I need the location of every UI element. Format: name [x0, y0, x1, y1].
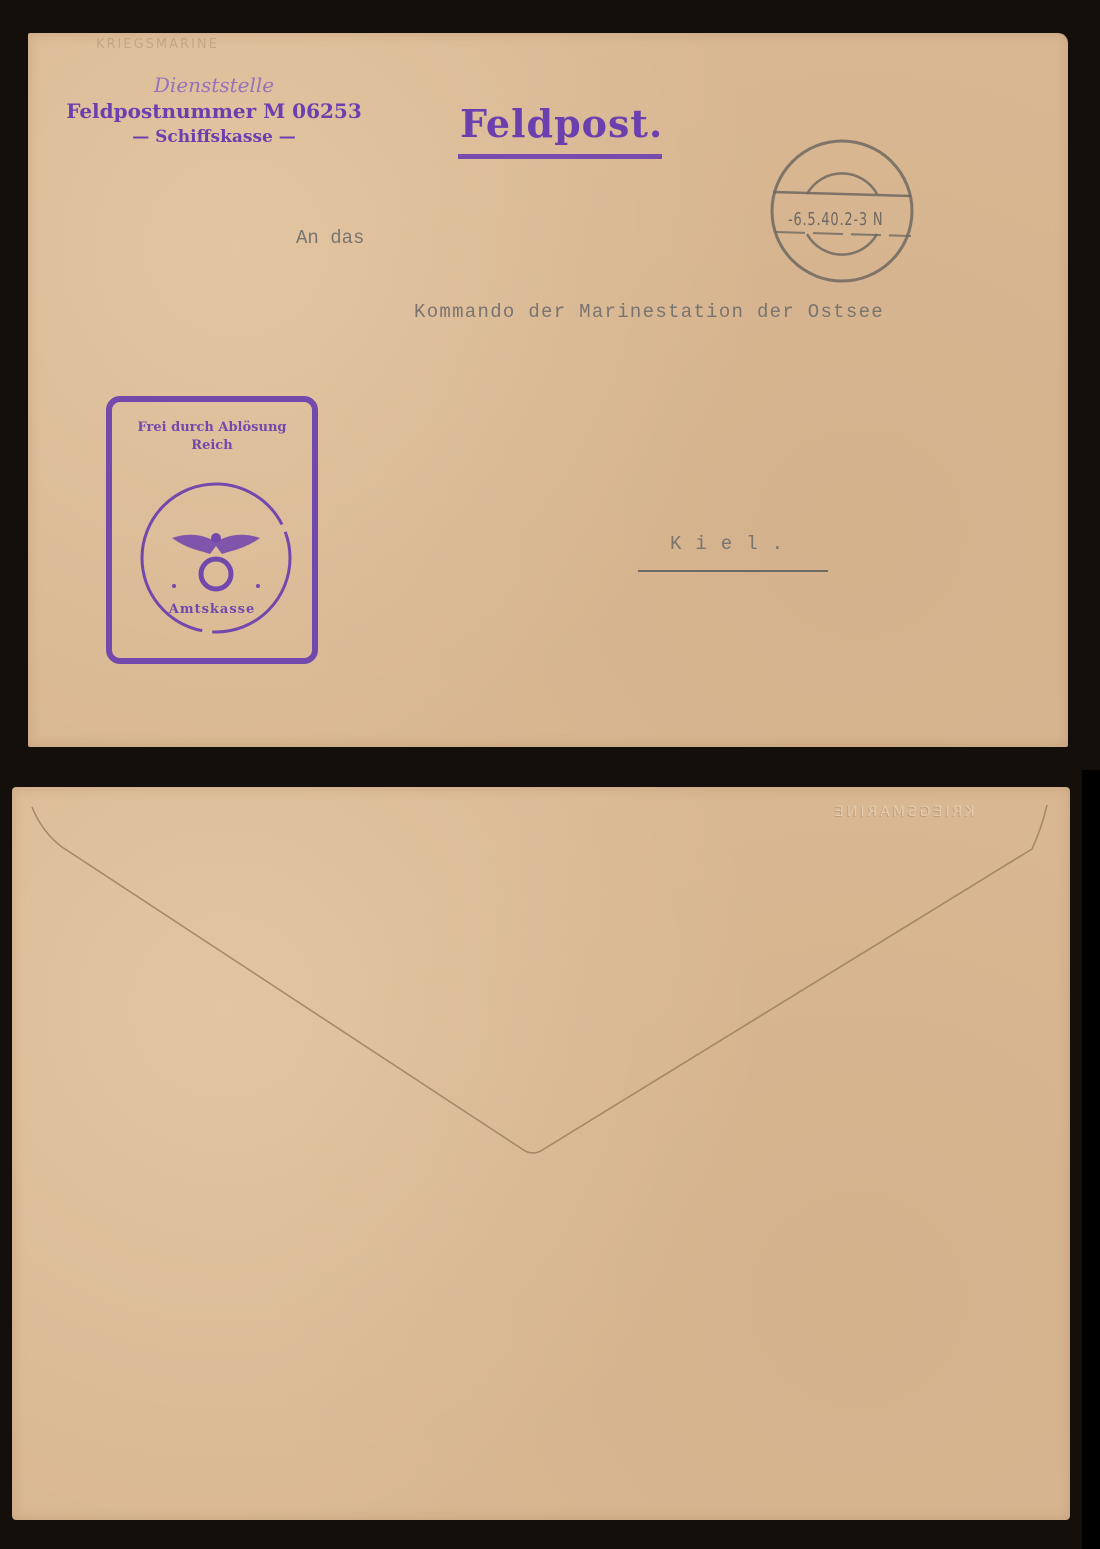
- address-city: Kiel.: [670, 533, 797, 555]
- city-underline: [638, 570, 828, 572]
- feldpost-stamp: Feldpost.: [460, 101, 663, 146]
- address-recipient: Kommando der Marinestation der Ostsee: [414, 301, 884, 323]
- sender-stamp-line3: — Schiffskasse —: [44, 127, 384, 147]
- black-edge-strip: [1082, 770, 1100, 1549]
- postmark-date: -6.5.40.2-3 N: [788, 209, 900, 230]
- faint-header-text: KRIEGSMARINE: [96, 37, 219, 52]
- envelope-flap-lines: [12, 787, 1070, 1520]
- address-salutation: An das: [296, 227, 364, 249]
- free-stamp-bottom-text: Amtskasse: [112, 602, 312, 617]
- free-stamp-line2: Reich: [112, 438, 312, 453]
- envelope-back: KRIEGSMARINE: [12, 787, 1070, 1520]
- envelope-front: KRIEGSMARINE Dienststelle Feldpostnummer…: [28, 33, 1068, 747]
- feldpost-underline: [458, 154, 662, 159]
- free-postage-stamp: Frei durch Ablösung Reich Amtskasse: [106, 396, 318, 664]
- free-stamp-line1: Frei durch Ablösung: [112, 420, 312, 435]
- sender-stamp-line1: Dienststelle: [44, 73, 384, 97]
- sender-stamp: Dienststelle Feldpostnummer M 06253 — Sc…: [44, 73, 384, 147]
- embossed-mirror-text: KRIEGSMARINE: [832, 804, 974, 820]
- sender-stamp-line2: Feldpostnummer M 06253: [44, 99, 384, 123]
